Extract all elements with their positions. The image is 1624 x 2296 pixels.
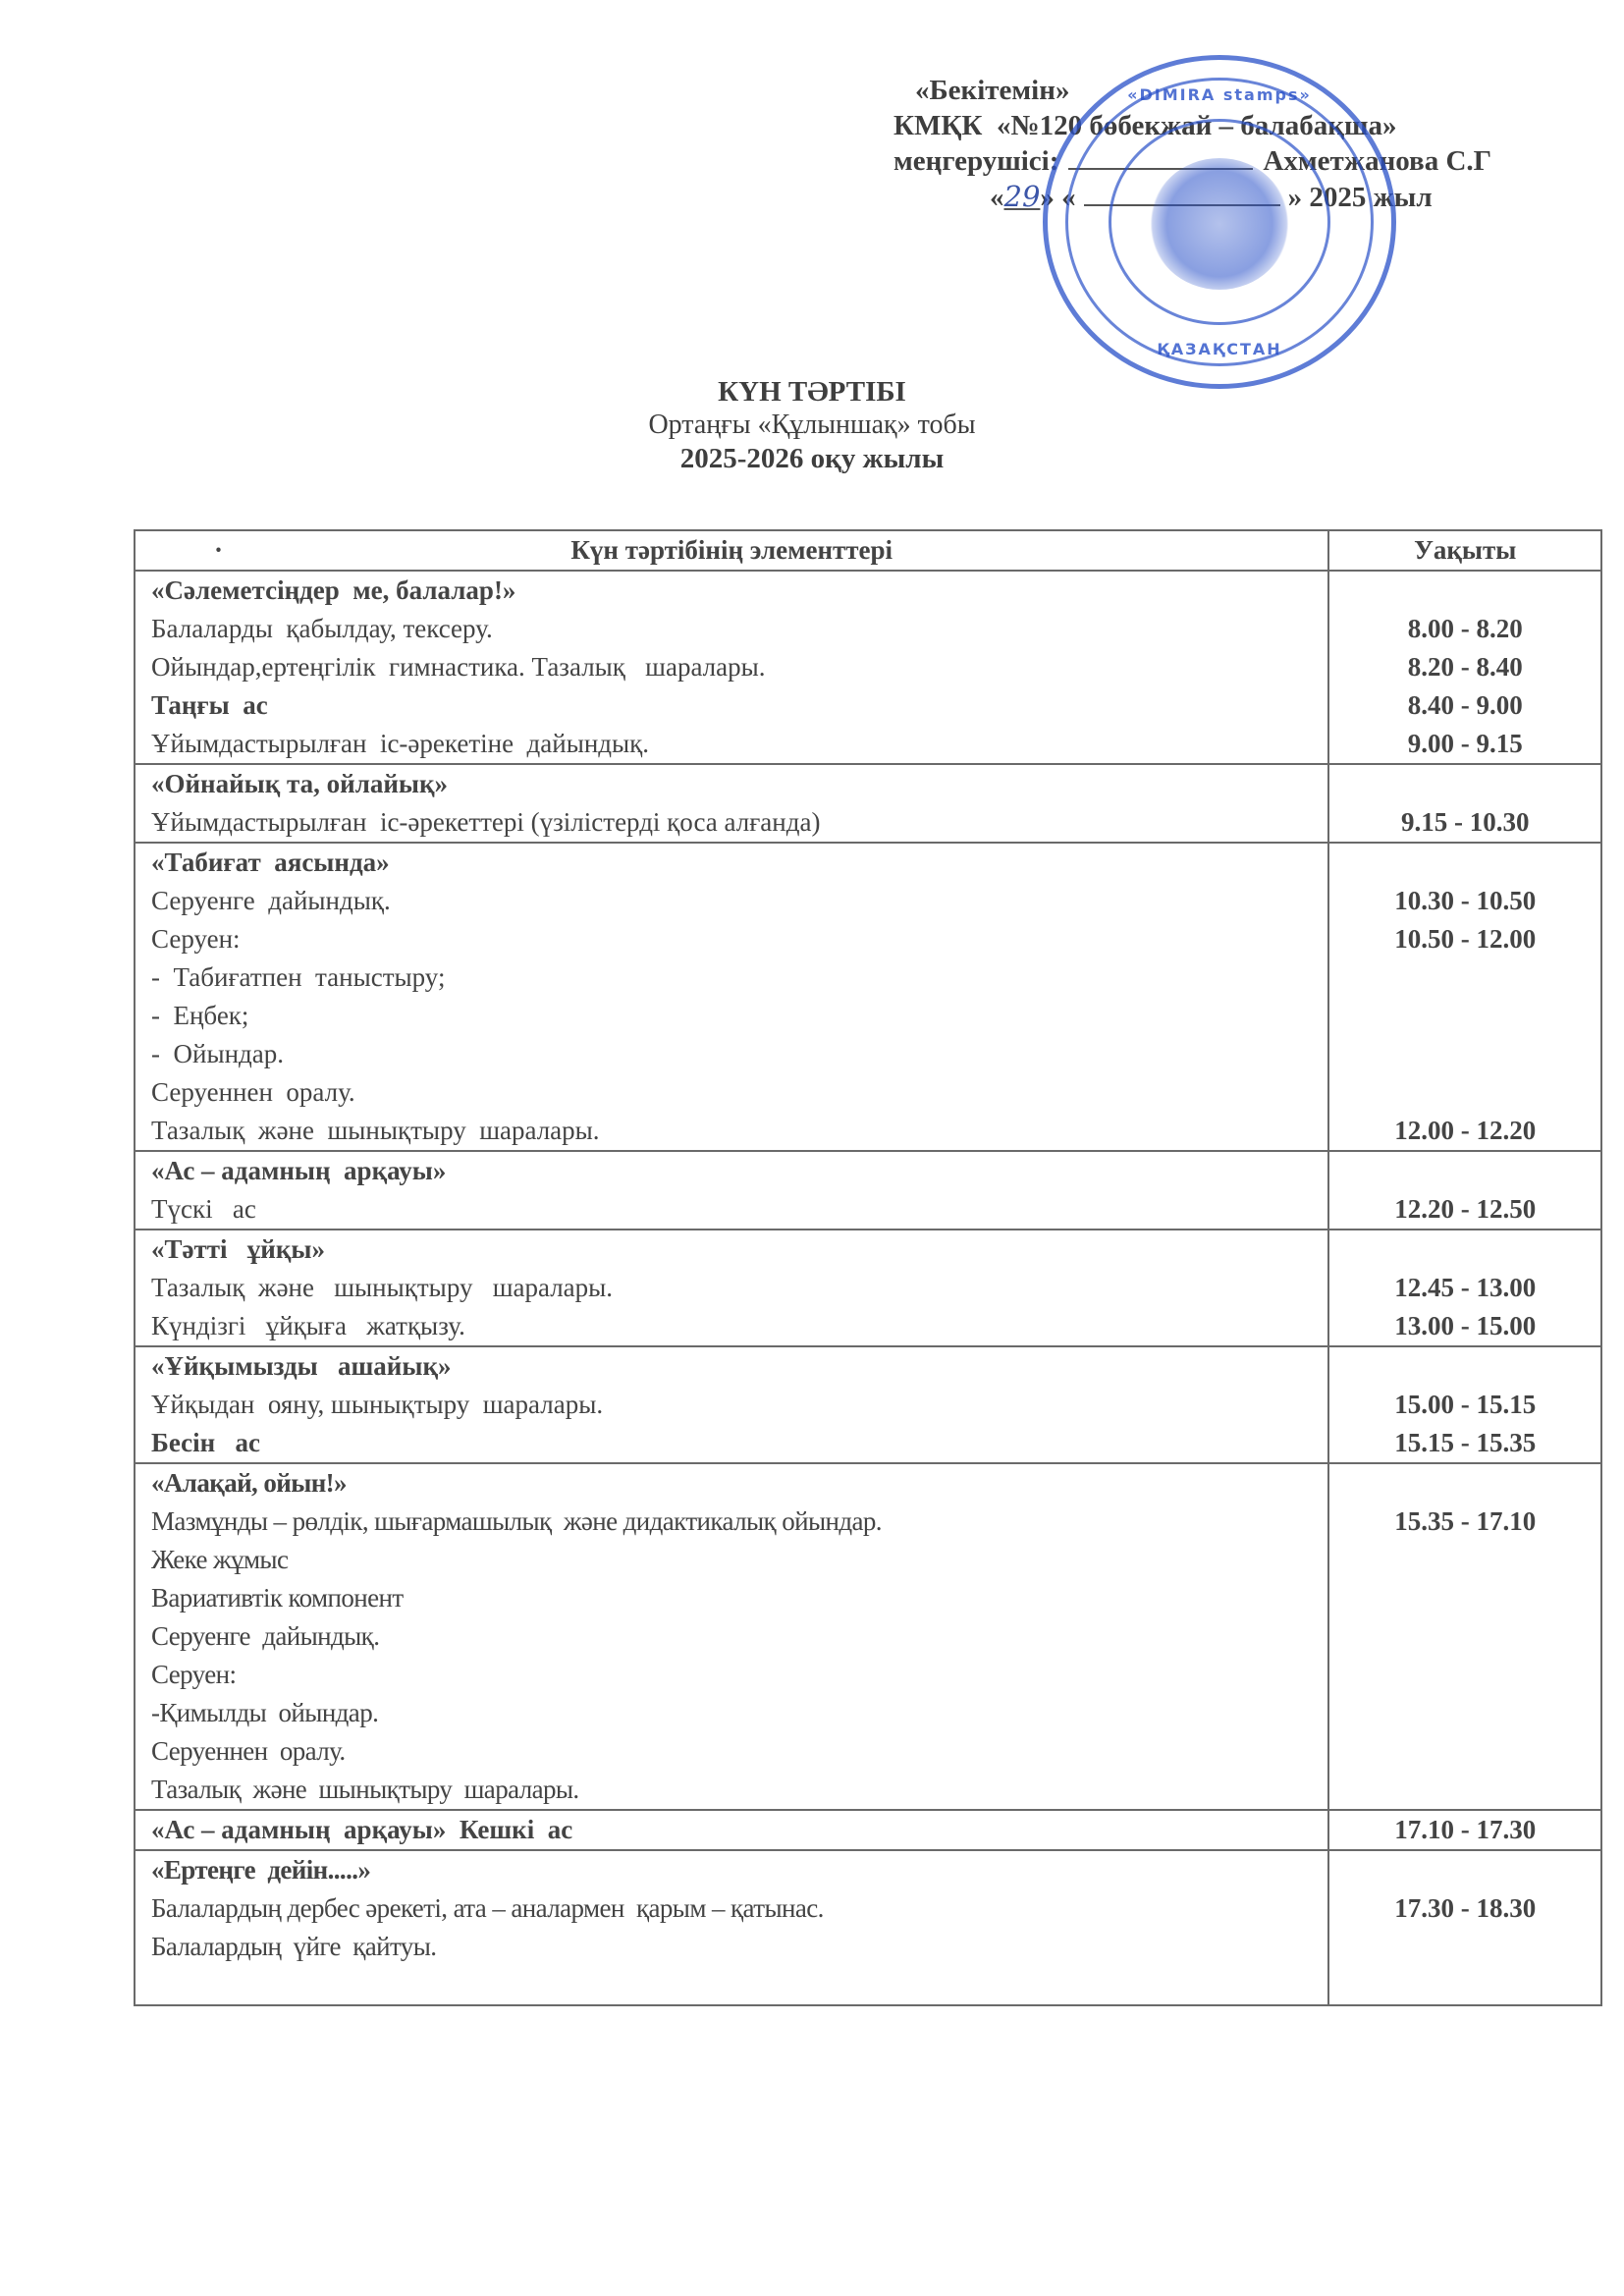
- director-title: меңгерушісі:: [893, 145, 1058, 177]
- activity-item: Балаларды қабылдау, тексеру.: [151, 610, 1327, 648]
- time-range: 15.00 - 15.15: [1329, 1386, 1600, 1424]
- date-day: 29: [1004, 180, 1041, 213]
- schedule-time-cell: 8.00 - 8.208.20 - 8.408.40 - 9.009.00 - …: [1328, 571, 1601, 764]
- activity-item: Вариативтік компонент: [151, 1579, 1327, 1617]
- activity-heading: «Алақай, ойын!»: [151, 1464, 1327, 1503]
- schedule-time-cell: 17.10 - 17.30: [1328, 1810, 1601, 1850]
- activity-item: - Ойындар.: [151, 1035, 1327, 1073]
- time-range: 15.35 - 17.10: [1329, 1503, 1600, 1541]
- table-row: «Ертеңге дейін.....»Балалардың дербес әр…: [135, 1850, 1601, 2005]
- schedule-elements-cell: «Ұйқымызды ашайық»Ұйқыдан ояну, шынықтыр…: [135, 1346, 1328, 1463]
- date-year: 2025 жыл: [1309, 182, 1432, 213]
- activity-item: Тазалық және шынықтыру шаралары.: [151, 1771, 1327, 1809]
- time-range: 8.20 - 8.40: [1329, 648, 1600, 686]
- time-range: [1329, 1464, 1600, 1503]
- activity-heading: «Сәлеметсіңдер ме, балалар!»: [151, 572, 1327, 610]
- stamp-bottom-text: ҚАЗАҚСТАН: [1048, 340, 1391, 358]
- activity-item: Серуенге дайындық.: [151, 882, 1327, 920]
- table-row: «Ас – адамның арқауы» Кешкі ас17.10 - 17…: [135, 1810, 1601, 1850]
- table-row: «Сәлеметсіңдер ме, балалар!»Балаларды қа…: [135, 571, 1601, 764]
- schedule-time-cell: 15.35 - 17.10: [1328, 1463, 1601, 1810]
- time-range: [1329, 844, 1600, 882]
- schedule-time-cell: 10.30 - 10.5010.50 - 12.0012.00 - 12.20: [1328, 843, 1601, 1151]
- date-month-handwritten: [1084, 181, 1280, 206]
- schedule-time-cell: 12.45 - 13.0013.00 - 15.00: [1328, 1230, 1601, 1346]
- activity-item: Серуеннен оралу.: [151, 1732, 1327, 1771]
- time-range: [1329, 572, 1600, 610]
- time-range: 17.10 - 17.30: [1329, 1811, 1600, 1849]
- time-range: [1329, 1966, 1600, 2004]
- schedule-time-cell: 17.30 - 18.30: [1328, 1850, 1601, 2005]
- time-range: [1329, 1073, 1600, 1112]
- table-row: «Алақай, ойын!»Мазмұнды – рөлдік, шығарм…: [135, 1463, 1601, 1810]
- time-range: [1329, 1771, 1600, 1809]
- activity-item: Серуен:: [151, 920, 1327, 958]
- activity-heading: «Тәтті ұйқы»: [151, 1230, 1327, 1269]
- director-name: Ахметжанова С.Г: [1263, 145, 1491, 177]
- activity-item: Ұйымдастырылған іс-әрекетіне дайындық.: [151, 725, 1327, 763]
- schedule-elements-cell: «Ойнайық та, ойлайық»Ұйымдастырылған іс-…: [135, 764, 1328, 843]
- table-header-row: ·Күн тәртібінің элементтері Уақыты: [135, 530, 1601, 571]
- academic-year: 2025-2026 оқу жылы: [0, 442, 1624, 475]
- time-range: 10.50 - 12.00: [1329, 920, 1600, 958]
- activity-item: Тазалық және шынықтыру шаралары.: [151, 1269, 1327, 1307]
- activity-item: [151, 1966, 1327, 2004]
- activity-item: Түскі ас: [151, 1190, 1327, 1229]
- group-name: Ортаңғы «Құлыншақ» тобы: [0, 409, 1624, 442]
- schedule-elements-cell: «Ас – адамның арқауы»Түскі ас: [135, 1151, 1328, 1230]
- activity-item: Ұйымдастырылған іс-әрекеттері (үзілістер…: [151, 803, 1327, 842]
- activity-heading: «Ас – адамның арқауы» Кешкі ас: [151, 1811, 1327, 1849]
- table-row: «Тәтті ұйқы»Тазалық және шынықтыру шарал…: [135, 1230, 1601, 1346]
- time-range: 8.00 - 8.20: [1329, 610, 1600, 648]
- activity-item: Жеке жұмыс: [151, 1541, 1327, 1579]
- time-range: 8.40 - 9.00: [1329, 686, 1600, 725]
- activity-item: Мазмұнды – рөлдік, шығармашылық және дид…: [151, 1503, 1327, 1541]
- activity-item: Балалардың үйге қайтуы.: [151, 1928, 1327, 1966]
- time-range: [1329, 1347, 1600, 1386]
- schedule-elements-cell: «Сәлеметсіңдер ме, балалар!»Балаларды қа…: [135, 571, 1328, 764]
- activity-heading: Таңғы ас: [151, 686, 1327, 725]
- approval-date: «29» «» 2025 жыл: [893, 179, 1502, 215]
- activity-heading: «Ойнайық та, ойлайық»: [151, 765, 1327, 803]
- organization-name: КМҚК «№120 бөбекжай – балабақша»: [893, 108, 1502, 143]
- schedule-time-cell: 9.15 - 10.30: [1328, 764, 1601, 843]
- activity-item: Серуен:: [151, 1656, 1327, 1694]
- table-row: «Ас – адамның арқауы»Түскі ас12.20 - 12.…: [135, 1151, 1601, 1230]
- time-range: 13.00 - 15.00: [1329, 1307, 1600, 1345]
- schedule-elements-cell: «Ас – адамның арқауы» Кешкі ас: [135, 1810, 1328, 1850]
- activity-item: Серуеннен оралу.: [151, 1073, 1327, 1112]
- activity-heading: «Ұйқымызды ашайық»: [151, 1347, 1327, 1386]
- schedule-elements-cell: «Алақай, ойын!»Мазмұнды – рөлдік, шығарм…: [135, 1463, 1328, 1810]
- time-range: 12.45 - 13.00: [1329, 1269, 1600, 1307]
- activity-heading: «Ас – адамның арқауы»: [151, 1152, 1327, 1190]
- time-range: [1329, 1851, 1600, 1889]
- schedule-body: «Сәлеметсіңдер ме, балалар!»Балаларды қа…: [135, 571, 1601, 2005]
- header-elements: ·Күн тәртібінің элементтері: [135, 530, 1328, 571]
- time-range: [1329, 1617, 1600, 1656]
- time-range: [1329, 1694, 1600, 1732]
- time-range: [1329, 958, 1600, 997]
- time-range: 17.30 - 18.30: [1329, 1889, 1600, 1928]
- activity-item: Ұйқыдан ояну, шынықтыру шаралары.: [151, 1386, 1327, 1424]
- activity-item: - Еңбек;: [151, 997, 1327, 1035]
- schedule-time-cell: 15.00 - 15.1515.15 - 15.35: [1328, 1346, 1601, 1463]
- time-range: [1329, 1928, 1600, 1966]
- activity-heading: «Табиғат аясында»: [151, 844, 1327, 882]
- director-line: меңгерушісі:Ахметжанова С.Г: [893, 143, 1502, 179]
- activity-item: Тазалық және шынықтыру шаралары.: [151, 1112, 1327, 1150]
- header-time: Уақыты: [1328, 530, 1601, 571]
- time-range: [1329, 1035, 1600, 1073]
- approval-heading: «Бекітемін»: [893, 73, 1502, 108]
- document-title-block: КҮН ТӘРТІБІ Ортаңғы «Құлыншақ» тобы 2025…: [0, 375, 1624, 475]
- document-title: КҮН ТӘРТІБІ: [0, 375, 1624, 409]
- time-range: 9.00 - 9.15: [1329, 725, 1600, 763]
- signature-line: [1068, 144, 1253, 170]
- activity-item: Күндізгі ұйқыға жатқызу.: [151, 1307, 1327, 1345]
- schedule-time-cell: 12.20 - 12.50: [1328, 1151, 1601, 1230]
- table-row: «Табиғат аясында»Серуенге дайындық.Серуе…: [135, 843, 1601, 1151]
- time-range: 12.20 - 12.50: [1329, 1190, 1600, 1229]
- schedule-elements-cell: «Ертеңге дейін.....»Балалардың дербес әр…: [135, 1850, 1328, 2005]
- time-range: 10.30 - 10.50: [1329, 882, 1600, 920]
- time-range: [1329, 765, 1600, 803]
- time-range: [1329, 1732, 1600, 1771]
- activity-item: Ойындар,ертеңгілік гимнастика. Тазалық ш…: [151, 648, 1327, 686]
- activity-item: Серуенге дайындық.: [151, 1617, 1327, 1656]
- schedule-elements-cell: «Табиғат аясында»Серуенге дайындық.Серуе…: [135, 843, 1328, 1151]
- time-range: [1329, 1656, 1600, 1694]
- time-range: [1329, 1152, 1600, 1190]
- time-range: [1329, 1579, 1600, 1617]
- time-range: 12.00 - 12.20: [1329, 1112, 1600, 1150]
- activity-item: - Табиғатпен таныстыру;: [151, 958, 1327, 997]
- approval-block: «Бекітемін» КМҚК «№120 бөбекжай – балаба…: [893, 73, 1502, 215]
- time-range: 15.15 - 15.35: [1329, 1424, 1600, 1462]
- time-range: [1329, 1541, 1600, 1579]
- time-range: [1329, 1230, 1600, 1269]
- activity-heading: «Ертеңге дейін.....»: [151, 1851, 1327, 1889]
- daily-schedule-table: ·Күн тәртібінің элементтері Уақыты «Сәле…: [134, 529, 1602, 2006]
- activity-item: -Қимылды ойындар.: [151, 1694, 1327, 1732]
- activity-item: Балалардың дербес әрекеті, ата – аналарм…: [151, 1889, 1327, 1928]
- schedule-elements-cell: «Тәтті ұйқы»Тазалық және шынықтыру шарал…: [135, 1230, 1328, 1346]
- table-row: «Ұйқымызды ашайық»Ұйқыдан ояну, шынықтыр…: [135, 1346, 1601, 1463]
- activity-heading: Бесін ас: [151, 1424, 1327, 1462]
- table-row: «Ойнайық та, ойлайық»Ұйымдастырылған іс-…: [135, 764, 1601, 843]
- time-range: [1329, 997, 1600, 1035]
- time-range: 9.15 - 10.30: [1329, 803, 1600, 842]
